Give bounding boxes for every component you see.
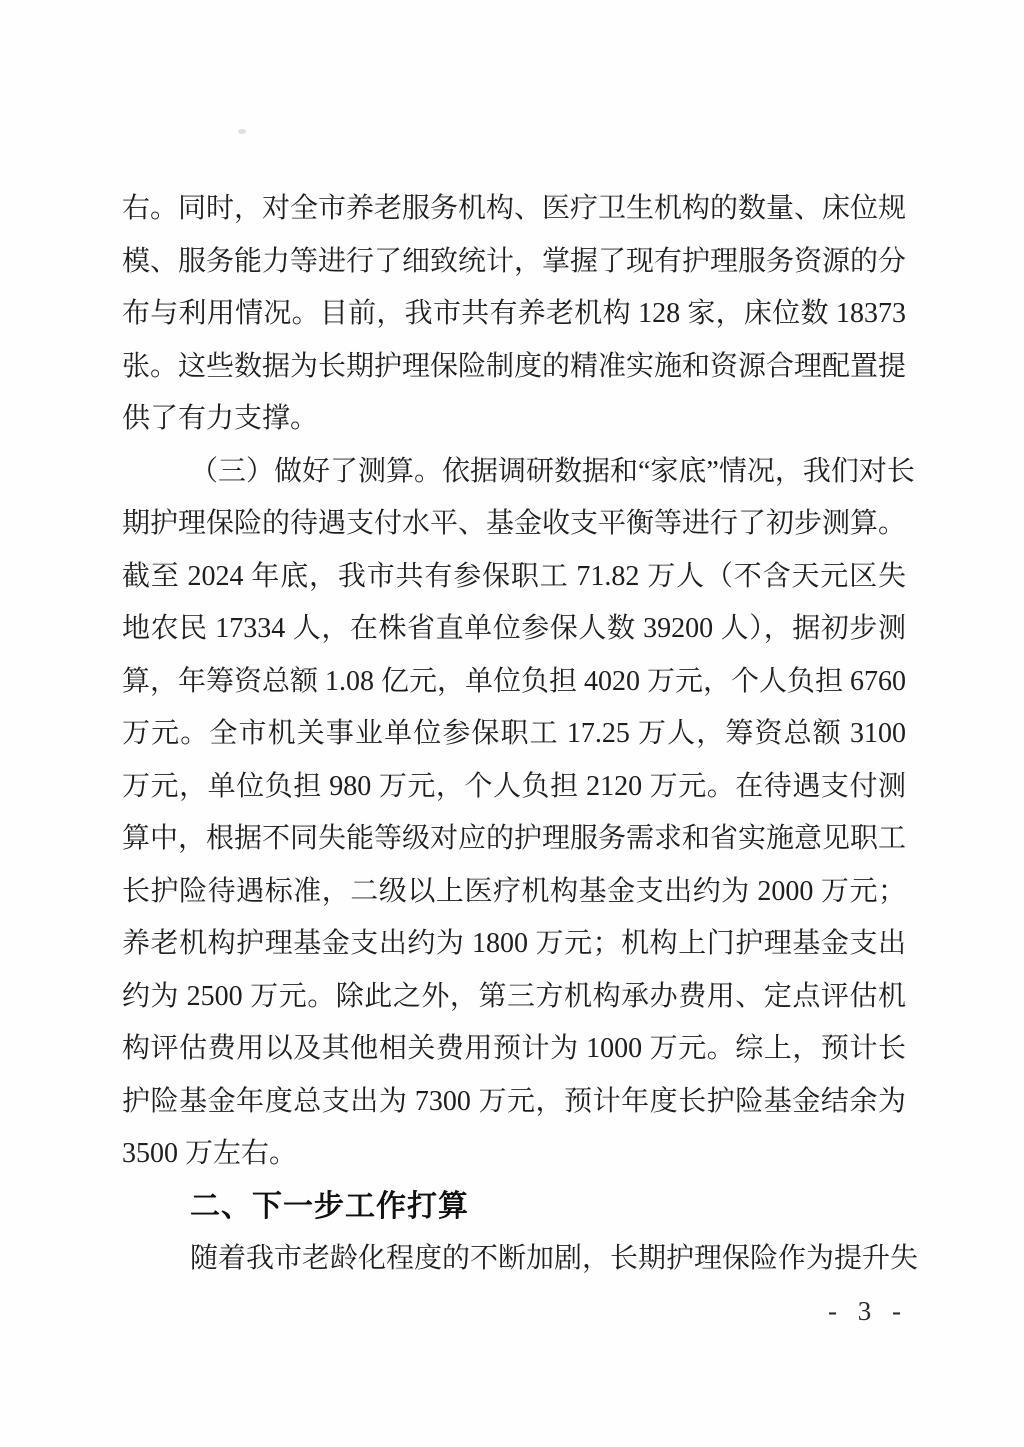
text-line: 地农民 17334 人，在株省直单位参保人数 39200 人），据初步测 xyxy=(122,603,906,656)
text-line: 万元，单位负担 980 万元，个人负担 2120 万元。在待遇支付测 xyxy=(122,761,906,814)
text-line: 模、服务能力等进行了细致统计，掌握了现有护理服务资源的分 xyxy=(122,236,906,289)
text-line-paragraph-end: 供了有力支撑。 xyxy=(122,393,906,446)
text-line: 长护险待遇标准，二级以上医疗机构基金支出约为 2000 万元； xyxy=(122,866,906,919)
text-line: 构评估费用以及其他相关费用预计为 1000 万元。综上，预计长 xyxy=(122,1023,906,1076)
document-body: 右。同时，对全市养老服务机构、医疗卫生机构的数量、床位规 模、服务能力等进行了细… xyxy=(122,183,906,1286)
scan-artifact-speck xyxy=(238,129,246,134)
section-heading: 二、下一步工作打算 xyxy=(122,1181,906,1234)
page-number: - 3 - xyxy=(828,1296,948,1327)
text-line: 右。同时，对全市养老服务机构、医疗卫生机构的数量、床位规 xyxy=(122,183,906,236)
text-line: 养老机构护理基金支出约为 1800 万元；机构上门护理基金支出 xyxy=(122,918,906,971)
text-line-paragraph-start: 随着我市老龄化程度的不断加剧，长期护理保险作为提升失 xyxy=(122,1233,906,1286)
text-line-paragraph-start: （三）做好了测算。依据调研数据和“家底”情况，我们对长 xyxy=(122,446,906,499)
text-line: 张。这些数据为长期护理保险制度的精准实施和资源合理配置提 xyxy=(122,341,906,394)
text-line: 护险基金年度总支出为 7300 万元，预计年度长护险基金结余为 xyxy=(122,1076,906,1129)
text-line: 万元。全市机关事业单位参保职工 17.25 万人，筹资总额 3100 xyxy=(122,708,906,761)
text-line: 算，年筹资总额 1.08 亿元，单位负担 4020 万元，个人负担 6760 xyxy=(122,656,906,709)
text-line: 布与利用情况。目前，我市共有养老机构 128 家，床位数 18373 xyxy=(122,288,906,341)
text-line: 算中，根据不同失能等级对应的护理服务需求和省实施意见职工 xyxy=(122,813,906,866)
text-line: 期护理保险的待遇支付水平、基金收支平衡等进行了初步测算。 xyxy=(122,498,906,551)
text-line: 约为 2500 万元。除此之外，第三方机构承办费用、定点评估机 xyxy=(122,971,906,1024)
text-line: 截至 2024 年底，我市共有参保职工 71.82 万人（不含天元区失 xyxy=(122,551,906,604)
document-page: 右。同时，对全市养老服务机构、医疗卫生机构的数量、床位规 模、服务能力等进行了细… xyxy=(0,0,1024,1447)
text-line-paragraph-end: 3500 万左右。 xyxy=(122,1128,906,1181)
